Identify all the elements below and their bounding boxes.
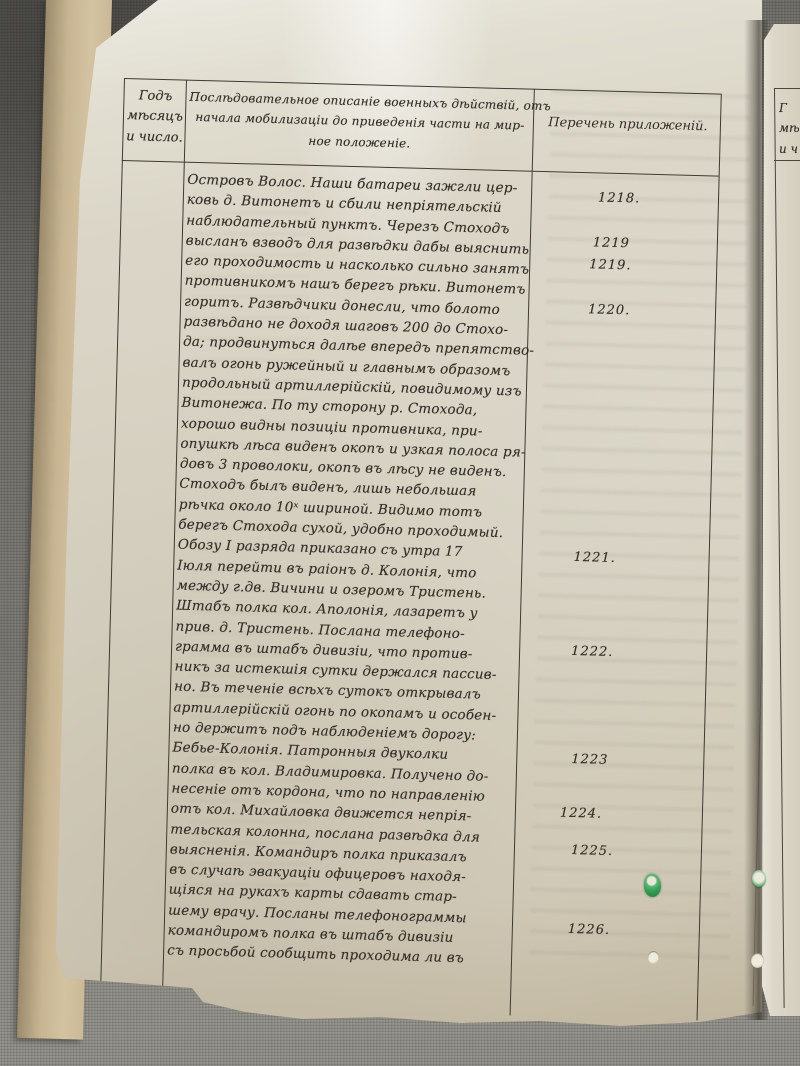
- appendix-number: 1222.: [571, 644, 614, 660]
- worm-hole: [751, 953, 764, 968]
- appendix-number: 1221.: [573, 550, 616, 566]
- appendix-number: 1218.: [598, 190, 641, 206]
- manuscript-body-text: Островъ Волос. Наши батареи зажгли цер-к…: [167, 170, 532, 970]
- next-page-edge: Гмѣи ч: [762, 24, 800, 1016]
- photo-of-war-diary-page: Годъмѣсяцъи число. Послѣдовательное опис…: [0, 0, 800, 1066]
- next-page-table-rule: [774, 88, 785, 1008]
- worm-hole: [648, 951, 659, 964]
- green-stain: [644, 874, 661, 897]
- next-page-header-rule: [774, 160, 800, 161]
- manuscript-line: и ч: [779, 139, 800, 159]
- green-stained-hole: [752, 870, 766, 887]
- appendix-number: 1220.: [588, 302, 631, 318]
- manuscript-line: Г: [779, 98, 800, 118]
- next-page-top-rule: [774, 88, 800, 89]
- next-page-header-fragments: Гмѣи ч: [779, 98, 800, 159]
- manuscript-line: мѣсяцъ: [125, 106, 186, 128]
- appendix-number: 1219.: [589, 257, 632, 273]
- header-date-column: Годъмѣсяцъи число.: [124, 86, 186, 148]
- appendix-number: 1224.: [560, 806, 603, 822]
- manuscript-line: и число.: [124, 127, 185, 149]
- appendix-number: 1225.: [571, 843, 614, 859]
- manuscript-line: Годъ: [125, 86, 186, 108]
- appendix-number: 1223: [571, 752, 608, 768]
- ledger-table: Годъмѣсяцъи число. Послѣдовательное опис…: [100, 78, 724, 1023]
- table-left-rule: [100, 78, 125, 1005]
- manuscript-line: мѣ: [779, 118, 800, 138]
- header-description-column: Послѣдовательное описаніе военныхъ дѣйст…: [188, 87, 531, 157]
- table-right-rule: [697, 94, 722, 1021]
- appendix-number: 1219: [593, 235, 630, 251]
- appendix-number: 1226.: [568, 922, 611, 938]
